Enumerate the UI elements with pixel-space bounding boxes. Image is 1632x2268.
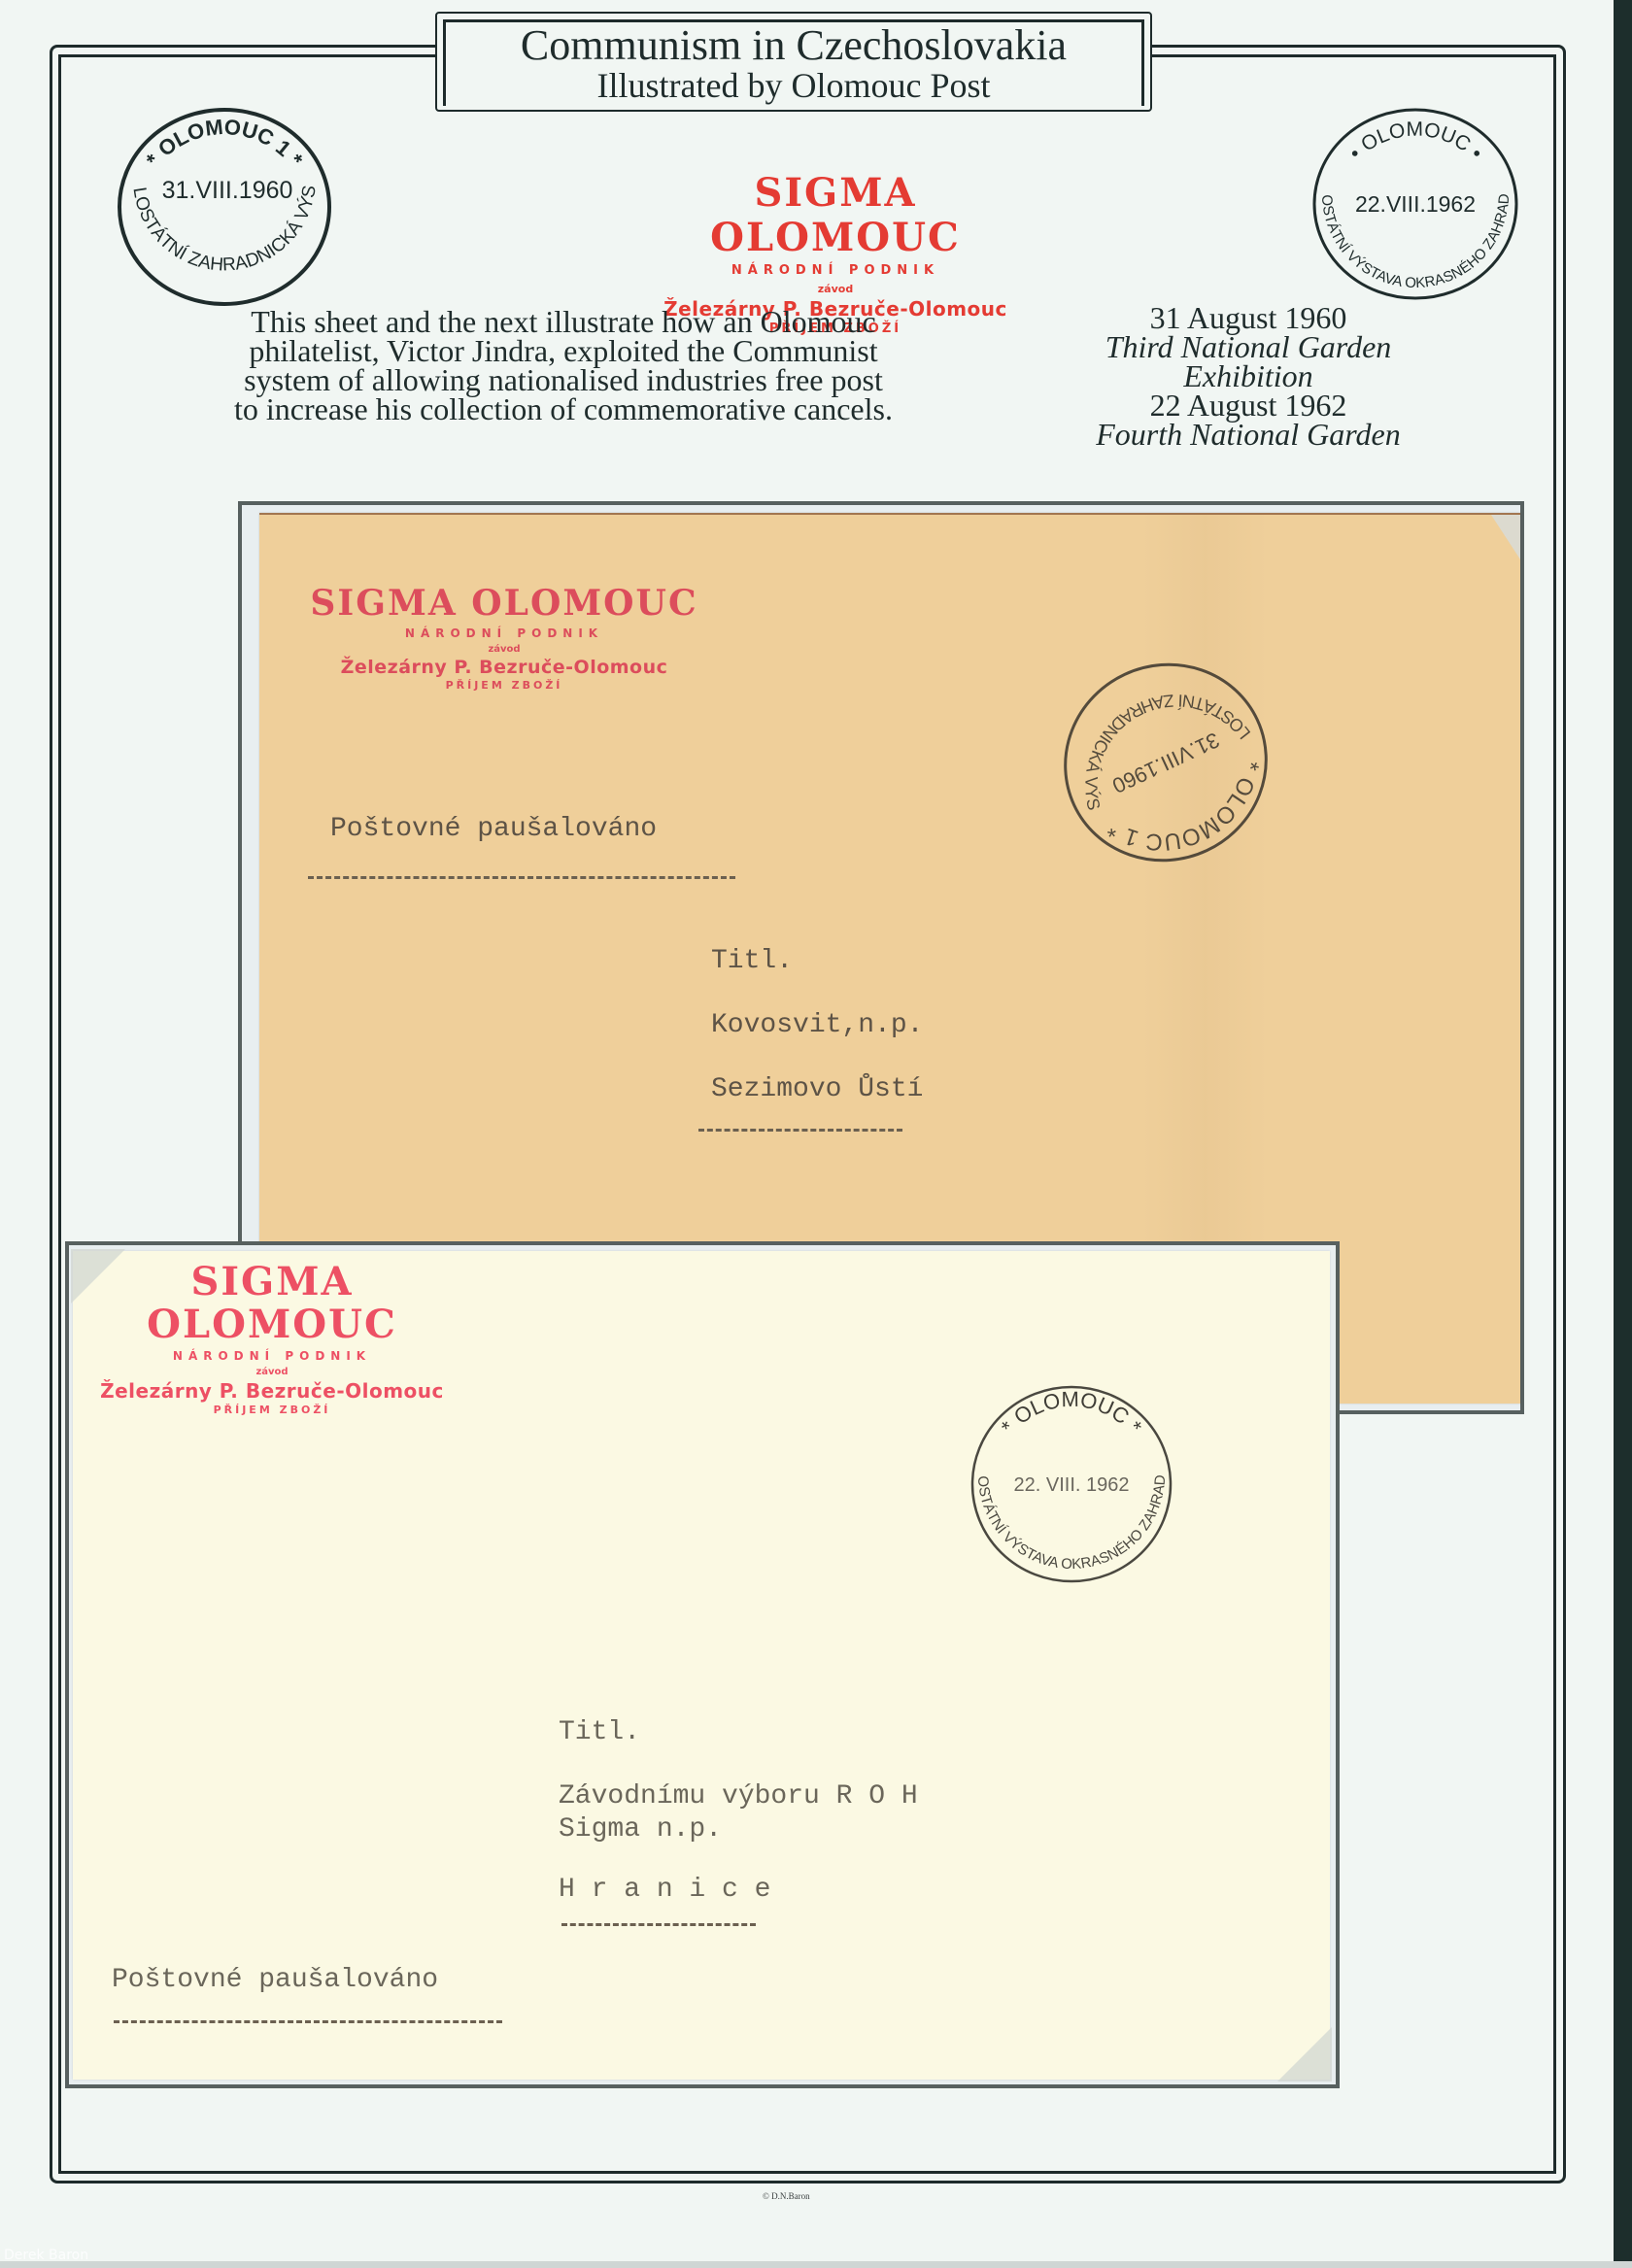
cachet-line-2: NÁRODNÍ PODNIK — [310, 624, 698, 643]
event-1-date: 31 August 1960 — [1010, 303, 1486, 332]
cachet-company-name: SIGMA OLOMOUC — [63, 1261, 481, 1346]
event-2-date: 22 August 1962 — [1010, 390, 1486, 420]
svg-text:* OLOMOUC 1 *: * OLOMOUC 1 * — [141, 115, 308, 172]
postmark-1962-illustration: • OLOMOUC • IV. CELOSTÁTNÍ VÝSTAVA OKRAS… — [1307, 105, 1525, 304]
description-line: system of allowing nationalised industri… — [136, 365, 991, 394]
typed-underline — [698, 1129, 902, 1132]
scan-edge-strip — [1614, 0, 1632, 2268]
photo-corner — [1491, 515, 1520, 559]
typed-underline — [308, 876, 735, 879]
envelope-1-address-line: Sezimovo Ůstí — [711, 1074, 923, 1104]
cancel-top-text: OLOMOUC — [1357, 118, 1475, 156]
envelope-2-address-line: Sigma n.p. — [559, 1814, 722, 1845]
cachet-line-3: závod — [310, 643, 698, 657]
copyright-notice: © D.N.Baron — [763, 2191, 810, 2201]
scan-watermark: Derek Baron — [4, 2248, 88, 2263]
event-1-title-cont: Exhibition — [1010, 361, 1486, 390]
description-text: This sheet and the next illustrate how a… — [136, 307, 991, 423]
event-1-title: Third National Garden — [1010, 332, 1486, 361]
svg-text:* OLOMOUC *: * OLOMOUC * — [997, 1387, 1147, 1439]
postmark-1960-illustration: * OLOMOUC 1 * 3. CELOSTÁTNÍ ZAHRADNICKÁ … — [113, 105, 336, 309]
envelope-1962: SIGMA OLOMOUC NÁRODNÍ PODNIK závod Želez… — [73, 1251, 1330, 2080]
page-subtitle: Illustrated by Olomouc Post — [437, 67, 1150, 104]
envelope-2-address-line: H r a n i c e — [559, 1875, 770, 1905]
cancel-date: 31.VIII.1960 — [1108, 728, 1223, 798]
cachet-line-3: závod — [63, 1366, 481, 1379]
envelope-2-address-line: Závodnímu výboru R O H — [559, 1781, 918, 1811]
cancel-date: 22.VIII.1962 — [1355, 191, 1476, 217]
svg-text:• OLOMOUC •: • OLOMOUC • — [1345, 118, 1487, 164]
description-line: philatelist, Victor Jindra, exploited th… — [136, 336, 991, 365]
photo-corner — [1277, 2027, 1332, 2082]
envelope-1-cachet: SIGMA OLOMOUC NÁRODNÍ PODNIK závod Želez… — [310, 583, 698, 694]
envelope-1-postmark: * OLOMOUC 1 * 3. CELOSTÁTNÍ ZAHRADNICKÁ … — [1021, 623, 1309, 902]
scan-edge-bottom — [0, 2261, 1632, 2268]
cachet-line-2: NÁRODNÍ PODNIK — [641, 260, 1030, 282]
envelope-2-cachet: SIGMA OLOMOUC NÁRODNÍ PODNIK závod Želez… — [63, 1261, 481, 1418]
cachet-line-4: Železárny P. Bezruče-Olomouc — [310, 657, 698, 678]
cancel-top-text: OLOMOUC — [1009, 1387, 1134, 1429]
envelope-2-postmark: * OLOMOUC * IV. CELOSTÁTNÍ VÝSTAVA OKRAS… — [965, 1382, 1178, 1586]
cachet-line-2: NÁRODNÍ PODNIK — [63, 1346, 481, 1366]
cachet-company-name: SIGMA OLOMOUC — [310, 583, 698, 624]
cachet-company-name: SIGMA OLOMOUC — [641, 171, 1030, 260]
typed-underline — [114, 2020, 502, 2023]
page-title: Communism in Czechoslovakia — [437, 23, 1150, 68]
envelope-1-address-line: Kovosvit,n.p. — [711, 1010, 923, 1040]
description-line: This sheet and the next illustrate how a… — [136, 307, 991, 336]
cancel-date: 31.VIII.1960 — [162, 177, 293, 204]
svg-text:3. CELOSTÁTNÍ ZAHRADNICKÁ VÝST: 3. CELOSTÁTNÍ ZAHRADNICKÁ VÝSTAVA — [1051, 650, 1322, 909]
title-box: Communism in Czechoslovakia Illustrated … — [435, 12, 1152, 112]
typed-underline — [561, 1923, 756, 1926]
cachet-line-3: závod — [641, 282, 1030, 297]
description-line: to increase his collection of commemorat… — [136, 394, 991, 423]
cachet-line-5: PŘÍJEM ZBOŽÍ — [310, 678, 698, 694]
envelope-1-postage-note: Poštovné paušalováno — [330, 814, 657, 844]
envelope-1-address-line: Titl. — [711, 946, 793, 976]
envelope-2-address-line: Titl. — [559, 1717, 640, 1747]
cancel-date: 22. VIII. 1962 — [1014, 1474, 1130, 1496]
envelope-2-postage-note: Poštovné paušalováno — [112, 1965, 438, 1995]
event-captions: 31 August 1960 Third National Garden Exh… — [1010, 303, 1486, 449]
cancel-ring-text: 3. CELOSTÁTNÍ ZAHRADNICKÁ VÝSTAVA — [1051, 650, 1322, 909]
cachet-line-5: PŘÍJEM ZBOŽÍ — [63, 1403, 481, 1418]
cachet-line-4: Železárny P. Bezruče-Olomouc — [63, 1379, 481, 1403]
event-2-title: Fourth National Garden — [1010, 420, 1486, 449]
